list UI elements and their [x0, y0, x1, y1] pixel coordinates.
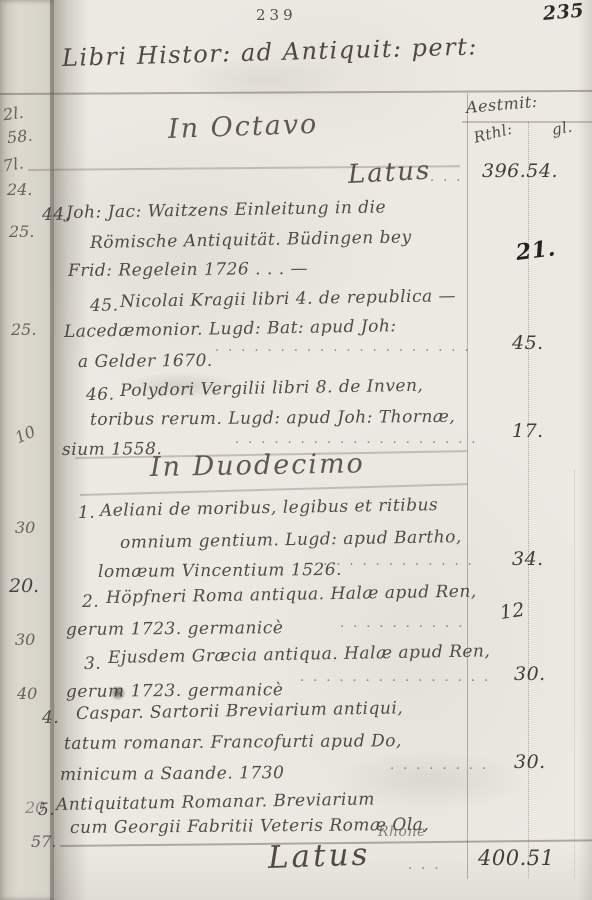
margin-number: 40 — [17, 684, 37, 703]
margin-number: 25. — [9, 222, 34, 241]
section-heading-duodecimo: In Duodecimo — [150, 448, 365, 483]
entry-number: 46. — [86, 385, 115, 405]
leader-dots: ................... — [235, 432, 485, 447]
margin-number: 30 — [15, 630, 35, 649]
entry-line: minicum a Saande. 1730 — [60, 763, 285, 785]
leader-dots: ............... — [300, 670, 497, 685]
latus-total-value: 400.51 — [478, 846, 554, 870]
entry-value: 30. — [514, 663, 546, 685]
margin-number: 7l. — [2, 153, 25, 175]
margin-number: 2l. — [2, 103, 25, 125]
entry-line: Frid: Regelein 1726 . . . — — [68, 259, 308, 281]
page-number-handwritten: 235 — [542, 0, 585, 25]
entry-number: 4. — [42, 708, 60, 728]
entry-value: 21. — [514, 235, 557, 266]
value-subheader-left: Rthl: — [472, 120, 515, 147]
horizontal-rule — [462, 121, 592, 123]
section-heading-octavo: In Octavo — [167, 109, 318, 145]
page-title: Libri Histor: ad Antiquit: pert: — [62, 32, 479, 72]
entry-line: Römische Antiquität. Büdingen bey — [90, 227, 412, 253]
margin-number: 24. — [7, 180, 32, 199]
entry-line: tatum romanar. Francofurti apud Do, — [64, 731, 402, 754]
margin-number: 25. — [11, 320, 36, 339]
entry-value: 12 — [498, 599, 526, 624]
entry-number: 2. — [82, 592, 100, 612]
entry-line: Rhone — [378, 824, 426, 840]
margin-number: 57. — [31, 832, 56, 851]
entry-line: gerum 1723. germanicè — [66, 618, 284, 640]
entry-value: 45. — [512, 332, 544, 354]
entry-line: Polydori Vergilii libri 8. de Inven, — [120, 376, 424, 401]
entry-line: sium 1558. — [62, 439, 162, 460]
entry-line: Höpfneri Roma antiqua. Halæ apud Ren, — [106, 582, 477, 608]
entry-line: Caspar. Sartorii Breviarium antiqui, — [76, 698, 404, 724]
page-right-shade — [578, 0, 592, 900]
entry-line: a Gelder 1670. — [78, 351, 213, 372]
entry-line: Nicolai Kragii libri 4. de republica — — [120, 286, 456, 312]
entry-line: Lacedæmonior. Lugd: Bat: apud Joh: — [64, 316, 397, 342]
value-subcolumn-rule — [574, 470, 575, 878]
entry-value: 34. — [512, 548, 544, 570]
entry-line: Aeliani de moribus, legibus et ritibus — [100, 495, 439, 521]
value-subheader-right: gl. — [550, 118, 573, 139]
entry-line: lomæum Vincentium 1526. — [98, 560, 342, 582]
entry-number: 3. — [84, 654, 102, 674]
leader-dots: .......... — [340, 616, 471, 631]
latus-total-label: Latus — [267, 836, 371, 876]
entry-line: Antiquitatum Romanar. Breviarium — [56, 789, 375, 815]
leader-dots: ... — [408, 858, 447, 873]
entry-line: toribus rerum. Lugd: apud Joh: Thornæ, — [90, 407, 455, 430]
latus-carry-label: Latus — [347, 156, 432, 190]
latus-carry-value: 396.54. — [482, 160, 558, 182]
margin-number: 30 — [15, 518, 35, 537]
entry-number: 5. — [38, 800, 56, 820]
entry-value: 17. — [512, 420, 544, 442]
entry-line: gerum 1723. germanicè — [66, 680, 284, 702]
horizontal-rule — [80, 483, 468, 495]
entry-number: 1. — [78, 503, 96, 523]
entry-line: Joh: Jac: Waitzens Einleitung in die — [66, 197, 386, 223]
entry-line: cum Georgii Fabritii Veteris Romæ Ola, — [70, 815, 429, 838]
page-number-printed: 239 — [256, 6, 297, 24]
margin-number: 20. — [9, 575, 39, 597]
leader-dots: ... — [430, 170, 469, 185]
leader-dots: .................... — [215, 340, 478, 355]
entry-number: 45. — [90, 296, 119, 316]
leader-dots: ............. — [310, 554, 481, 569]
leader-dots: ........ — [390, 758, 495, 773]
entry-line: omnium gentium. Lugd: apud Bartho, — [120, 527, 462, 553]
margin-number: 58. — [6, 126, 33, 148]
value-column-header: Aestmit: — [465, 92, 538, 117]
entry-line: Ejusdem Græcia antiqua. Halæ apud Ren, — [108, 641, 491, 668]
entry-value: 30. — [514, 751, 546, 773]
scanned-manuscript-page: 2l. 58. 7l. 24. 25. 25. 10 30 20. 30 40 … — [0, 0, 592, 900]
